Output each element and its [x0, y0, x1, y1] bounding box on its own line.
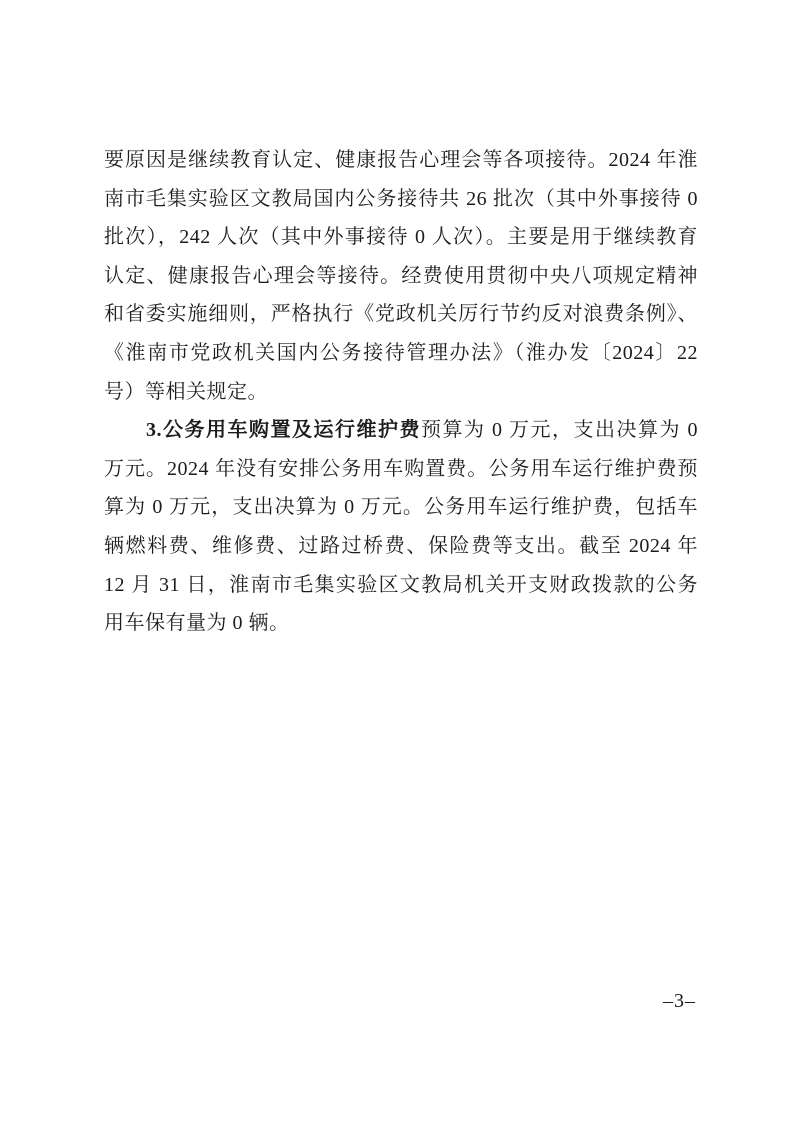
paragraph2-first-line: 3.公务用车购置及运行维护费预算为 0 万元，支出决算为 0 [104, 411, 698, 450]
paragraph1-line: 批次），242 人次（其中外事接待 0 人次）。主要是用于继续教育 [104, 218, 698, 257]
document-body: 要原因是继续教育认定、健康报告心理会等各项接待。2024 年淮 南市毛集实验区文… [104, 141, 698, 643]
paragraph1-line: 南市毛集实验区文教局国内公务接待共 26 批次（其中外事接待 0 [104, 180, 698, 219]
paragraph2-line: 万元。2024 年没有安排公务用车购置费。公务用车运行维护费预 [104, 450, 698, 489]
paragraph1-line: 和省委实施细则，严格执行《党政机关厉行节约反对浪费条例》、 [104, 295, 698, 334]
paragraph1-line: 要原因是继续教育认定、健康报告心理会等各项接待。2024 年淮 [104, 141, 698, 180]
paragraph1-line: 号）等相关规定。 [104, 373, 698, 412]
section-heading: 3.公务用车购置及运行维护费 [146, 419, 421, 441]
paragraph2-line: 算为 0 万元，支出决算为 0 万元。公务用车运行维护费，包括车 [104, 488, 698, 527]
paragraph1-line: 认定、健康报告心理会等接待。经费使用贯彻中央八项规定精神 [104, 257, 698, 296]
paragraph2-line: 用车保有量为 0 辆。 [104, 604, 698, 643]
paragraph2-line: 辆燃料费、维修费、过路过桥费、保险费等支出。截至 2024 年 [104, 527, 698, 566]
paragraph1-line: 《淮南市党政机关国内公务接待管理办法》（淮办发〔2024〕22 [104, 334, 698, 373]
document-page: 要原因是继续教育认定、健康报告心理会等各项接待。2024 年淮 南市毛集实验区文… [0, 0, 793, 1122]
paragraph2-line1-text: 预算为 0 万元，支出决算为 0 [421, 419, 698, 441]
page-number: –3– [663, 989, 696, 1013]
paragraph2-line: 12 月 31 日，淮南市毛集实验区文教局机关开支财政拨款的公务 [104, 566, 698, 605]
